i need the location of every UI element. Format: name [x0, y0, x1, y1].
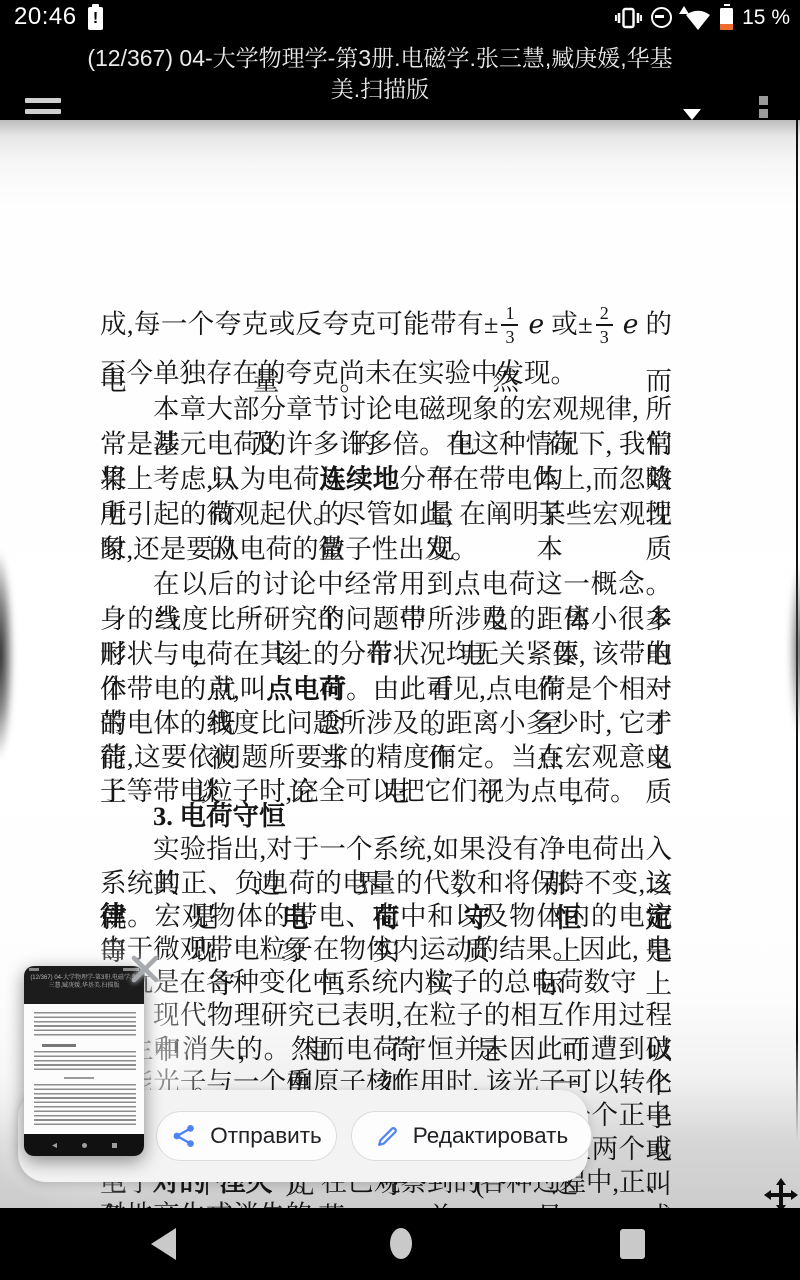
document-title[interactable]: (12/367) 04-大学物理学-第3册.电磁学.张三慧,臧庚媛,华基美.扫描…	[80, 43, 680, 105]
edit-label: Редактировать	[413, 1123, 568, 1149]
text-line: 所引起的微观起伏。尽管如此, 在阐明某些宏观现象的微观本质	[100, 497, 672, 533]
share-icon	[171, 1123, 197, 1149]
back-icon[interactable]	[151, 1228, 176, 1260]
text-line: 由于微观带电粒子在物体内运动的结果。因此, 电荷守恒实际上	[100, 932, 672, 968]
text-line: 系统的正、负电荷的电量的代数和将保持不变,这就是电荷守恒定	[100, 866, 672, 902]
share-button[interactable]: Отправить	[156, 1111, 337, 1161]
text-line: 成,每一个夸克或反夸克可能带有±13 e 或±23 e 的电 量。 然 而	[100, 296, 672, 354]
thumbnail-page	[24, 1004, 144, 1134]
text-line: 身的线度比所研究的问题中所涉及的距离小很多时, 该带电体的	[100, 602, 672, 638]
vibrate-icon	[615, 5, 642, 31]
text-line: 在以后的讨论中经常用到点电荷这一概念。当一个带电体本	[100, 567, 672, 603]
thumbnail-navbar	[24, 1134, 144, 1156]
share-label: Отправить	[210, 1123, 322, 1149]
text-line: 带电体的线度比问题所涉及的距离小多少时, 它才能被当作点电	[100, 706, 672, 742]
text-line: 荷,这要依问题所要求的精度而定。当在宏观意义上谈论电子,质	[100, 740, 672, 776]
pencil-icon	[375, 1124, 400, 1149]
text-line: 个带电的点,叫点电荷。由此可见,点电荷是个相对的概念。至于	[100, 672, 672, 708]
dropdown-caret-icon[interactable]	[683, 109, 701, 120]
navigation-bar	[0, 1208, 800, 1280]
page-shadow-right	[788, 560, 800, 740]
text-line: 实验指出,对于一个系统,如果没有净电荷出入其边界, 那该	[100, 832, 672, 868]
text-line: 律。宏观物体的带电、电中和以及物体内的电流等现象实质上是	[100, 899, 672, 935]
page-shadow-left	[0, 550, 14, 760]
app-toolbar: (12/367) 04-大学物理学-第3册.电磁学.张三慧,臧庚媛,华基美.扫描…	[0, 35, 800, 120]
battery-percent: 15 %	[742, 6, 790, 30]
text-line: 3. 电荷守恒	[100, 799, 672, 835]
recents-icon[interactable]	[620, 1229, 645, 1259]
battery-alert-icon: !	[88, 7, 103, 30]
status-bar: 20:46 ! 15 %	[0, 0, 800, 35]
text-line: 果上考虑,认为电荷连续地分布在带电体上,而忽略电荷的量子性	[100, 462, 672, 498]
close-icon[interactable]	[125, 949, 165, 989]
text-line: 常是基元电荷的许多许多倍。在这种情况下, 我们将只从平均效	[100, 427, 672, 463]
clock: 20:46	[14, 3, 77, 31]
android-screen: 20:46 ! 15 % (12/367) 04-大学物理学-第3册.电	[0, 0, 800, 1280]
text-line: 本章大部分章节讨论电磁现象的宏观规律, 所涉及的电荷常	[100, 392, 672, 428]
text-line: 时,还是要从电荷的量子性出发。	[100, 532, 672, 568]
edit-button[interactable]: Редактировать	[351, 1111, 592, 1161]
text-line: 形状与电荷在其上的分布状况均无关紧要, 该带电体就可看作一	[100, 637, 672, 673]
battery-icon	[720, 6, 733, 30]
screenshot-thumbnail[interactable]: (12/367) 04-大学物理学-第3册.电磁学.张三慧,臧庚媛,华基美.扫描…	[24, 966, 144, 1156]
wifi-icon	[681, 6, 711, 30]
do-not-disturb-icon	[651, 7, 672, 28]
home-icon[interactable]	[390, 1228, 412, 1259]
text-line: 至今单独存在的夸克尚未在实验中发现。	[100, 356, 672, 392]
